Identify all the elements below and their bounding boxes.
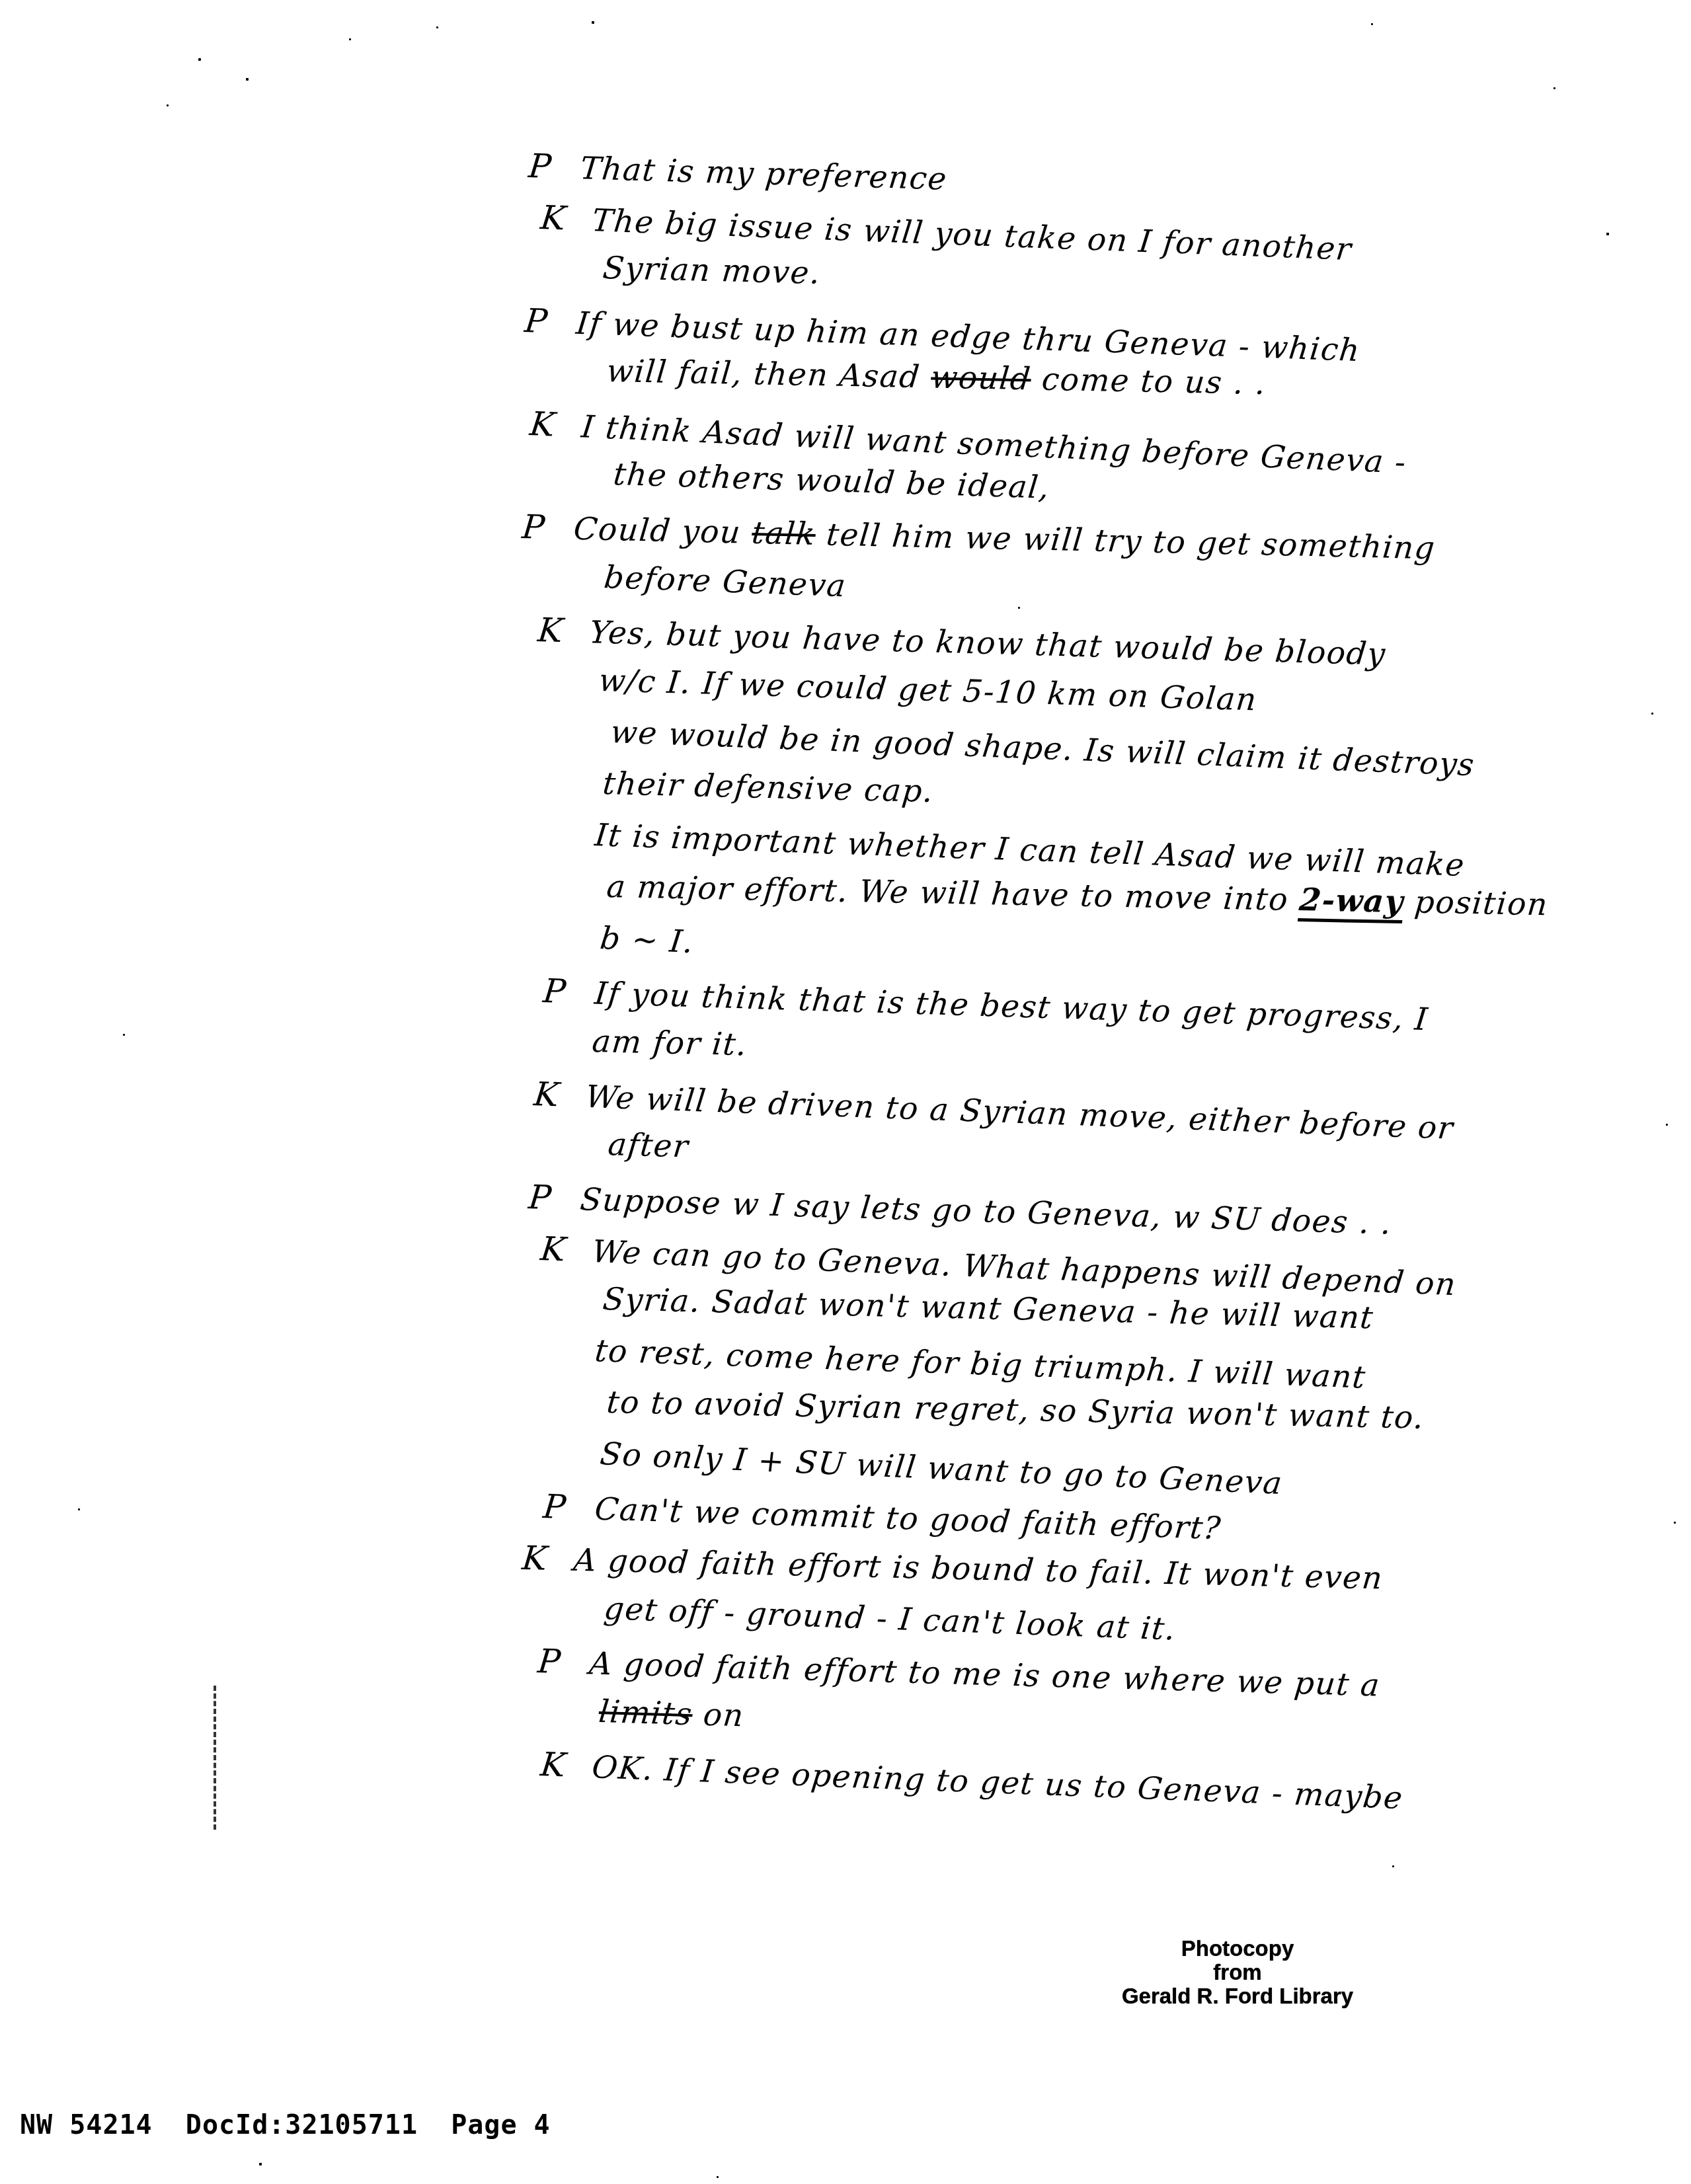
transcript-line: PCan't we commit to good faith effort? — [541, 1487, 1223, 1547]
transcript-text: We will be driven to a Syrian move, eith… — [584, 1079, 1456, 1147]
transcript-text: That is my preference — [578, 150, 949, 197]
library-stamp: Photocopy from Gerald R. Ford Library — [1099, 1937, 1376, 2008]
transcript-text: Syrian move. — [601, 250, 822, 292]
speaker-label: K — [520, 1539, 575, 1579]
transcript-line: their defensive cap. — [601, 765, 935, 810]
transcript-line: after — [606, 1126, 690, 1165]
speaker-label: K — [528, 405, 584, 445]
scan-speck — [167, 104, 169, 106]
transcript-text: A good faith effort is bound to fail. It… — [572, 1542, 1385, 1597]
scan-speck — [78, 1508, 80, 1510]
archive-footer: NW 54214 DocId:32105711 Page 4 — [20, 2110, 551, 2140]
transcript-line: the others would be ideal, — [611, 456, 1052, 506]
speaker-label: P — [541, 1487, 597, 1527]
transcript-text: the others would be ideal, — [611, 456, 1052, 506]
transcript-text: am for it. — [590, 1023, 749, 1063]
transcript-line: Syrian move. — [601, 250, 822, 292]
scan-speck — [246, 78, 249, 81]
transcript-text: Can't we commit to good faith effort? — [593, 1491, 1223, 1547]
speaker-label: P — [541, 972, 597, 1011]
speaker-label: P — [527, 1178, 582, 1218]
transcript-line: am for it. — [590, 1023, 749, 1063]
transcript-line: PThat is my preference — [527, 147, 949, 198]
scan-speck — [259, 2163, 262, 2165]
scan-speck — [1674, 1522, 1676, 1524]
speaker-label: P — [527, 147, 582, 186]
scan-speck — [198, 58, 201, 61]
transcript-text: Yes, but you have to know that would be … — [588, 614, 1388, 673]
scan-speck — [1651, 713, 1653, 715]
speaker-label: K — [536, 611, 592, 650]
transcript-text: after — [606, 1126, 690, 1165]
transcript-text: on — [691, 1696, 746, 1734]
stamp-line: Gerald R. Ford Library — [1099, 1984, 1376, 2008]
transcript-text: would — [929, 359, 1033, 397]
transcript-text: Could you — [572, 511, 754, 551]
stamp-line: from — [1099, 1961, 1376, 1984]
transcript-line: PCould you talk tell him we will try to … — [520, 508, 1437, 566]
transcript-text: 2-way — [1298, 882, 1405, 923]
transcript-text: A good faith effort to me is one where w… — [588, 1645, 1382, 1703]
transcript-line: b ~ I. — [598, 920, 696, 960]
scan-speck — [1606, 233, 1609, 235]
transcript-text: their defensive cap. — [601, 765, 935, 810]
transcript-line: KA good faith effort is bound to fail. I… — [520, 1539, 1385, 1596]
scan-speck — [1371, 23, 1373, 25]
scan-speck — [1392, 1865, 1394, 1867]
transcript-text: a major effort. We will have to move int… — [606, 869, 1301, 918]
scan-speck — [717, 2176, 719, 2178]
speaker-label: P — [520, 508, 575, 547]
speaker-label: K — [532, 1075, 588, 1115]
scan-speck — [436, 26, 438, 28]
scan-speck — [592, 21, 594, 24]
transcript-text: come to us . . — [1029, 361, 1267, 402]
speaker-label: P — [536, 1642, 592, 1682]
speaker-label: K — [539, 1745, 594, 1785]
transcript-text: talk — [750, 515, 817, 553]
transcript-line: PA good faith effort to me is one where … — [536, 1642, 1382, 1703]
speaker-label: K — [539, 1229, 594, 1270]
speaker-label: K — [539, 198, 594, 239]
transcript-text: b ~ I. — [598, 920, 696, 960]
speaker-label: P — [523, 301, 578, 342]
transcript-line: before Geneva — [602, 559, 848, 604]
transcript-text: tell him we will try to get something — [814, 516, 1437, 566]
transcript-text: OK. If I see opening to get us to Geneva… — [590, 1749, 1405, 1816]
scanned-document-page: PThat is my preferenceKThe big issue is … — [0, 0, 1691, 2184]
scan-speck — [1553, 87, 1555, 89]
transcript-line: KOK. If I see opening to get us to Genev… — [539, 1745, 1405, 1816]
scan-speck — [123, 1034, 125, 1036]
transcript-text: Suppose w I say lets go to Geneva, w SU … — [578, 1181, 1394, 1241]
scan-speck — [1666, 1124, 1668, 1126]
transcript-line: limits on — [597, 1694, 746, 1734]
transcript-text: w/c I. If we could get 5-10 km on Golan — [597, 662, 1259, 718]
scan-artifact-dashed-line — [214, 1686, 216, 1830]
transcript-text: will fail, then Asad — [606, 353, 933, 395]
transcript-text: limits — [597, 1694, 694, 1733]
transcript-line: get off - ground - I can't look at it. — [602, 1590, 1178, 1648]
stamp-line: Photocopy — [1099, 1937, 1376, 1961]
transcript-line: KYes, but you have to know that would be… — [536, 611, 1388, 673]
transcript-line: w/c I. If we could get 5-10 km on Golan — [597, 662, 1259, 718]
transcript-text: position — [1402, 884, 1550, 923]
transcript-line: PSuppose w I say lets go to Geneva, w SU… — [527, 1178, 1394, 1242]
scan-speck — [349, 38, 351, 40]
transcript-text: get off - ground - I can't look at it. — [602, 1590, 1178, 1648]
transcript-text: before Geneva — [602, 559, 848, 604]
scan-speck — [1018, 607, 1020, 609]
